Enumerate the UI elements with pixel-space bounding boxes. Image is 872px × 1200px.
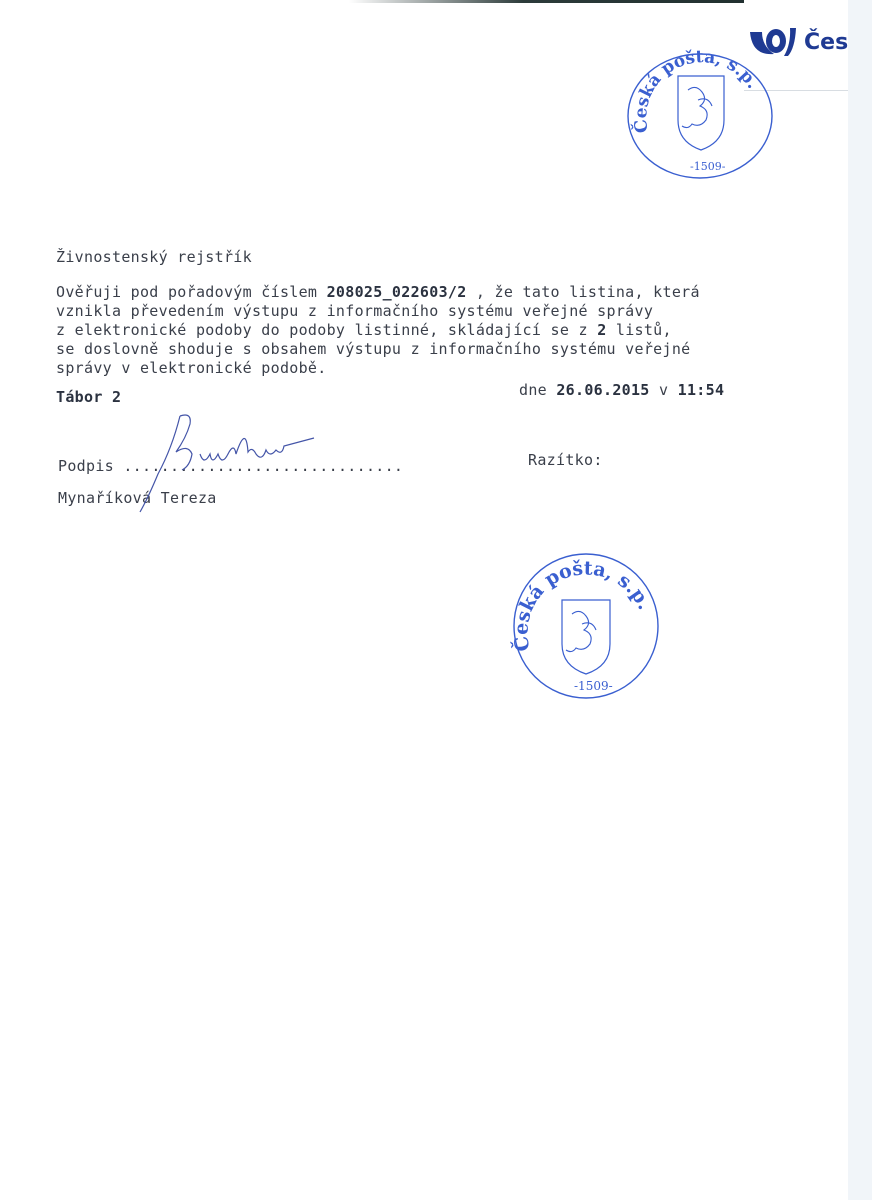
svg-text:-1509-: -1509- <box>690 160 726 173</box>
signature-label: Podpis <box>58 457 114 475</box>
paragraph-line-3: z elektronické podoby do podoby listinné… <box>56 321 672 339</box>
time: 11:54 <box>678 381 725 399</box>
stamp-label: Razítko: <box>528 451 603 469</box>
date: 26.06.2015 <box>556 381 649 399</box>
place: Tábor 2 <box>56 388 121 406</box>
paragraph-line-1: Ověřuji pod pořadovým číslem 208025_0226… <box>56 283 700 301</box>
svg-text:-1509-: -1509- <box>574 679 613 693</box>
scan-margin <box>848 0 872 1200</box>
date-time: dne 26.06.2015 v 11:54 <box>519 381 724 399</box>
postal-stamp-top: Česká pošta, s.p. -1509- <box>626 46 776 186</box>
handwritten-signature <box>130 408 330 522</box>
document-title: Živnostenský rejstřík <box>56 248 252 266</box>
svg-text:Česká pošta, s.p.: Česká pošta, s.p. <box>630 47 763 134</box>
paragraph-line-4: se doslovně shoduje s obsahem výstupu z … <box>56 340 691 358</box>
postal-stamp-bottom: Česká pošta, s.p. -1509- <box>510 552 660 706</box>
logo-text: Čes <box>804 30 848 55</box>
scan-edge <box>0 0 872 3</box>
paragraph-line-5: správy v elektronické podobě. <box>56 359 327 377</box>
paragraph-line-2: vznikla převedením výstupu z informačníh… <box>56 302 653 320</box>
reference-number: 208025_022603/2 <box>327 283 467 301</box>
sheet-count: 2 <box>597 321 606 339</box>
